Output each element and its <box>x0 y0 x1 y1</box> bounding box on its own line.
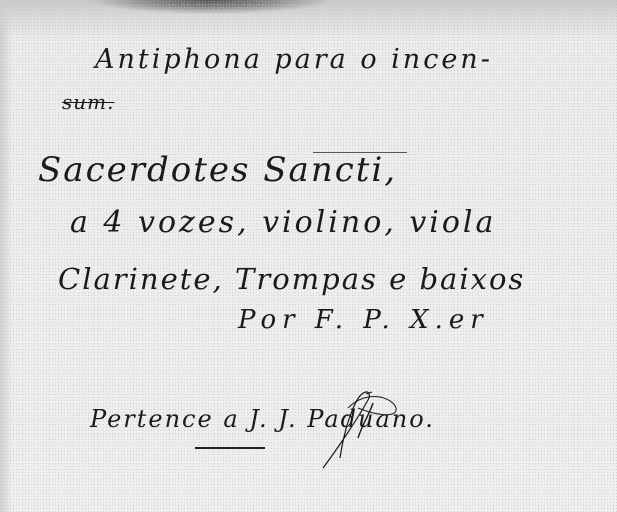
title-line: Antiphona para o incen- <box>95 44 493 75</box>
scoring-line-1: a 4 vozes, violino, viola <box>70 205 496 240</box>
title-continuation-text: sum. <box>62 90 114 114</box>
title-continuation-line: sum. <box>62 90 114 114</box>
composer-text: Por F. P. X.er <box>238 305 489 335</box>
scoring-text-1: a 4 vozes, violino, viola <box>70 205 496 240</box>
overline-stroke <box>313 152 407 153</box>
scoring-line-2: Clarinete, Trompas e baixos <box>58 262 525 296</box>
composer-line: Por F. P. X.er <box>238 305 489 335</box>
signature-flourish-icon <box>318 388 398 476</box>
scan-edge-shadow <box>0 0 12 512</box>
ownership-dash-stroke <box>195 447 265 449</box>
title-text: Antiphona para o incen- <box>95 44 493 75</box>
scoring-text-2: Clarinete, Trompas e baixos <box>58 262 525 296</box>
work-title-line: Sacerdotes Sancti, <box>38 150 397 190</box>
manuscript-page: Antiphona para o incen- sum. Sacerdotes … <box>0 0 617 512</box>
work-title-text: Sacerdotes Sancti, <box>38 150 397 190</box>
